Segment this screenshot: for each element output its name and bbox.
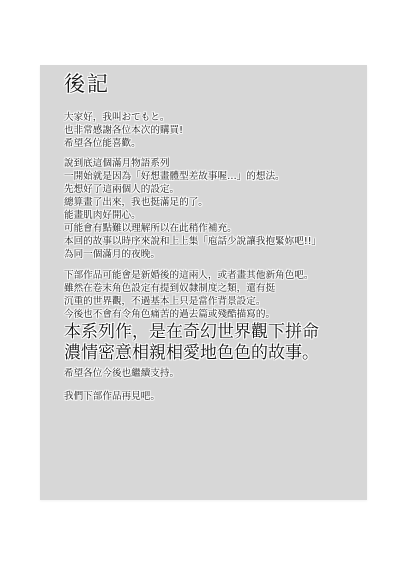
text-line: 說到底這個滿月物語系列 <box>64 157 354 170</box>
text-line: 先想好了這兩個人的設定。 <box>64 183 354 196</box>
text-line: 可能會有點難以理解所以在此稍作補充。 <box>64 222 354 235</box>
text-line: 今後也不會有令角色痛苦的過去篇或殘酷描寫的。 <box>64 308 354 321</box>
text-line: 希望各位能喜歡。 <box>64 137 354 150</box>
paragraph-next-work: 下部作品可能會是新婚後的這兩人，或者畫其他新角色吧。 雖然在卷末角色設定有提到奴… <box>64 269 354 321</box>
paragraph-supplement: 可能會有點難以理解所以在此稍作補充。 本回的故事以時序來說和上上集「庖話少說讓我… <box>64 222 354 261</box>
text-line: 為同一個滿月的夜晚。 <box>64 248 354 261</box>
page-title: 後記 <box>64 71 110 97</box>
text-line: 沉重的世界觀，不過基本上只是當作背景設定。 <box>64 295 354 308</box>
text-line: 一開始就是因為「好想畫體型差故事喔…」的想法。 <box>64 170 354 183</box>
text-line: 總算畫了出來，我也挺滿足的了。 <box>64 196 354 209</box>
text-line: 本回的故事以時序來說和上上集「庖話少說讓我抱緊妳吧!!」 <box>64 235 354 248</box>
emphasis-statement: 本系列作，是在奇幻世界觀下拼命 濃情密意相親相愛地色色的故事。 <box>64 322 364 364</box>
text-line: 雖然在卷末角色設定有提到奴隸制度之類，還有挺 <box>64 282 354 295</box>
paragraph-series-origin: 說到底這個滿月物語系列 一開始就是因為「好想畫體型差故事喔…」的想法。 先想好了… <box>64 157 354 222</box>
text-line: 也非常感謝各位本次的購買! <box>64 124 354 137</box>
afterword-page: 後記 大家好，我叫おてもと。 也非常感謝各位本次的購買! 希望各位能喜歡。 說到… <box>40 65 367 500</box>
text-line: 我們下部作品再見吧。 <box>64 390 354 403</box>
paragraph-greeting: 大家好，我叫おてもと。 也非常感謝各位本次的購買! 希望各位能喜歡。 <box>64 111 354 150</box>
text-line: 能畫肌肉好開心。 <box>64 209 354 222</box>
text-line: 下部作品可能會是新婚後的這兩人，或者畫其他新角色吧。 <box>64 269 354 282</box>
emphasis-line: 本系列作，是在奇幻世界觀下拼命 <box>64 322 364 343</box>
emphasis-line: 濃情密意相親相愛地色色的故事。 <box>64 343 364 364</box>
closing-support: 希望各位今後也繼續支持。 <box>64 367 354 380</box>
closing-farewell: 我們下部作品再見吧。 <box>64 390 354 403</box>
text-line: 希望各位今後也繼續支持。 <box>64 367 354 380</box>
text-line: 大家好，我叫おてもと。 <box>64 111 354 124</box>
